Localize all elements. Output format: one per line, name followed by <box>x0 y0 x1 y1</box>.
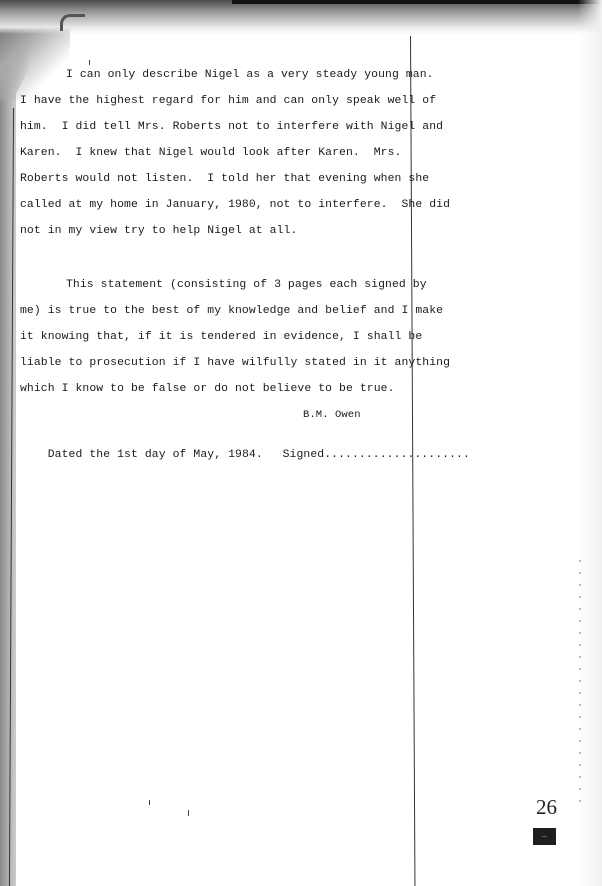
page-curl-mark <box>60 14 85 31</box>
statement-body: I can only describe Nigel as a very stea… <box>20 62 420 442</box>
text-line: him. I did tell Mrs. Roberts not to inte… <box>20 114 420 140</box>
stray-mark <box>188 810 189 816</box>
signature-name: B.M. Owen <box>303 402 361 428</box>
date-signature-line: Dated the 1st day of May, 1984. Signed..… <box>20 416 420 442</box>
scan-shadow-top <box>0 0 602 34</box>
text-line: it knowing that, if it is tendered in ev… <box>20 324 420 350</box>
text-line: which I know to be false or do not belie… <box>20 376 420 402</box>
signed-label: Signed..................... <box>283 449 470 461</box>
signature-block: Signed..................... B.M. Owen <box>241 416 470 520</box>
text-line: liable to prosecution if I have wilfully… <box>20 350 420 376</box>
stamp-mark: ~ <box>533 828 556 845</box>
paragraph-1: I can only describe Nigel as a very stea… <box>20 62 420 244</box>
text-line: Roberts would not listen. I told her tha… <box>20 166 420 192</box>
stray-mark <box>149 800 150 805</box>
text-line: I have the highest regard for him and ca… <box>20 88 420 114</box>
scan-edge-top <box>232 0 602 4</box>
scan-edge-right <box>578 0 602 886</box>
text-line: I can only describe Nigel as a very stea… <box>20 62 420 88</box>
text-line: not in my view try to help Nigel at all. <box>20 218 420 244</box>
dated-text: Dated the 1st day of May, 1984. <box>48 449 263 461</box>
page-number: 26 <box>536 795 557 820</box>
paragraph-2: This statement (consisting of 3 pages ea… <box>20 272 420 402</box>
text-line: This statement (consisting of 3 pages ea… <box>20 272 420 298</box>
binding-holes <box>579 560 581 810</box>
text-line: called at my home in January, 1980, not … <box>20 192 420 218</box>
text-line: me) is true to the best of my knowledge … <box>20 298 420 324</box>
text-line: Karen. I knew that Nigel would look afte… <box>20 140 420 166</box>
